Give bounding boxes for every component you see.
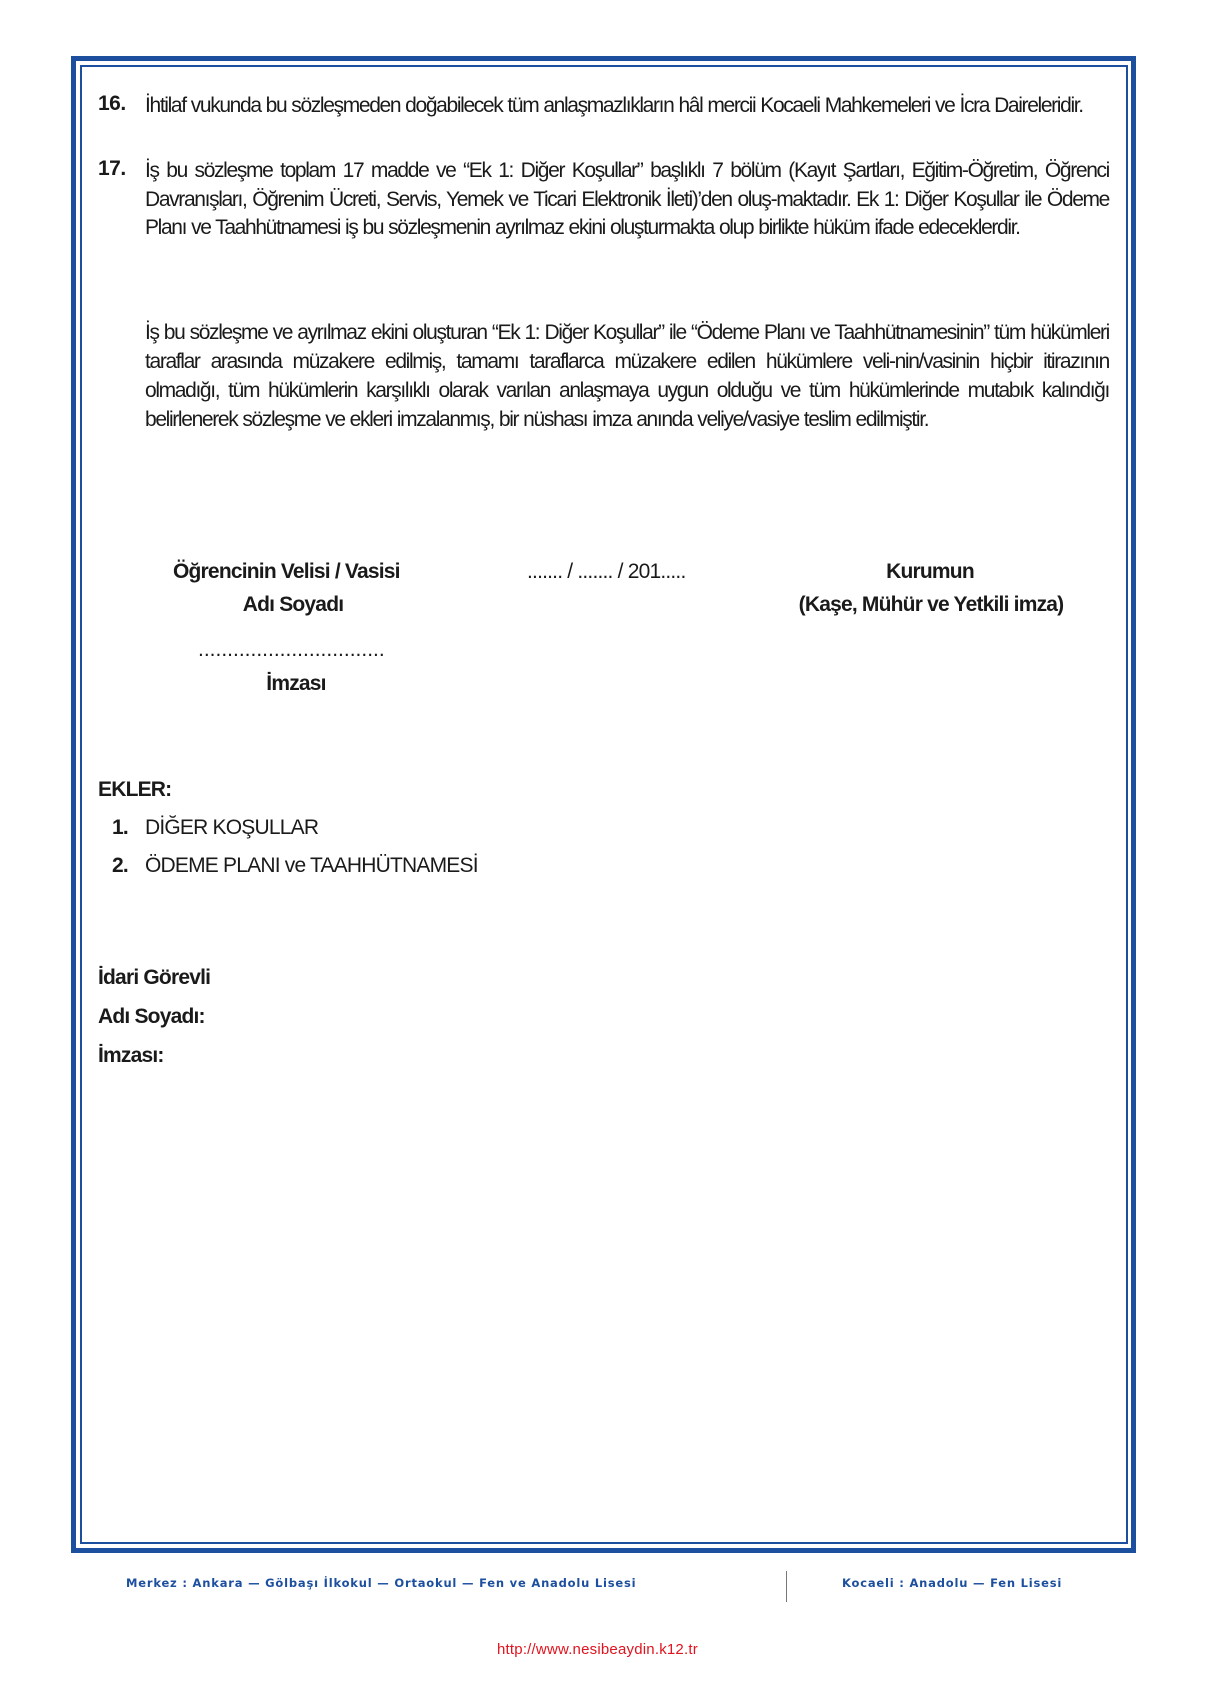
admin-title: İdari Görevli	[98, 966, 210, 990]
agreement-paragraph: İş bu sözleşme ve ayrılmaz ekini oluştur…	[145, 318, 1109, 434]
attachment-number: 1.	[112, 816, 128, 840]
attachment-label: ÖDEME PLANI ve TAAHHÜTNAMESİ	[145, 854, 478, 878]
footer-right: Kocaeli : Anadolu — Fen Lisesi	[842, 1576, 1062, 1590]
guardian-title: Öğrencinin Velisi / Vasisi	[173, 560, 400, 584]
guardian-name-label: Adı Soyadı	[243, 593, 344, 617]
clause-17: 17. İş bu sözleşme toplam 17 madde ve “E…	[98, 157, 1109, 277]
date-placeholder: ....... / ....... / 201.....	[527, 560, 686, 584]
institution-subtitle: (Kaşe, Mühür ve Yetkili imza)	[799, 593, 1064, 617]
admin-signature-label: İmzası:	[98, 1044, 164, 1068]
attachment-label: DİĞER KOŞULLAR	[145, 816, 318, 840]
website-link[interactable]: http://www.nesibeaydin.k12.tr	[497, 1641, 698, 1658]
clause-number: 16.	[98, 92, 126, 116]
guardian-signature-label: İmzası	[266, 672, 325, 696]
institution-title: Kurumun	[886, 560, 974, 584]
admin-name-label: Adı Soyadı:	[98, 1005, 205, 1029]
attachment-number: 2.	[112, 854, 128, 878]
footer-divider	[786, 1571, 787, 1602]
clause-16: 16. İhtilaf vukunda bu sözleşmeden doğab…	[98, 92, 1109, 152]
guardian-signature-line: ................................	[198, 638, 385, 662]
clause-text: İş bu sözleşme toplam 17 madde ve “Ek 1:…	[145, 157, 1109, 243]
attachments-heading: EKLER:	[98, 778, 171, 802]
clause-text: İhtilaf vukunda bu sözleşmeden doğabilec…	[145, 92, 1109, 121]
clause-number: 17.	[98, 157, 126, 181]
footer-left: Merkez : Ankara — Gölbaşı İlkokul — Orta…	[126, 1576, 636, 1590]
page-frame-inner	[80, 65, 1128, 1544]
